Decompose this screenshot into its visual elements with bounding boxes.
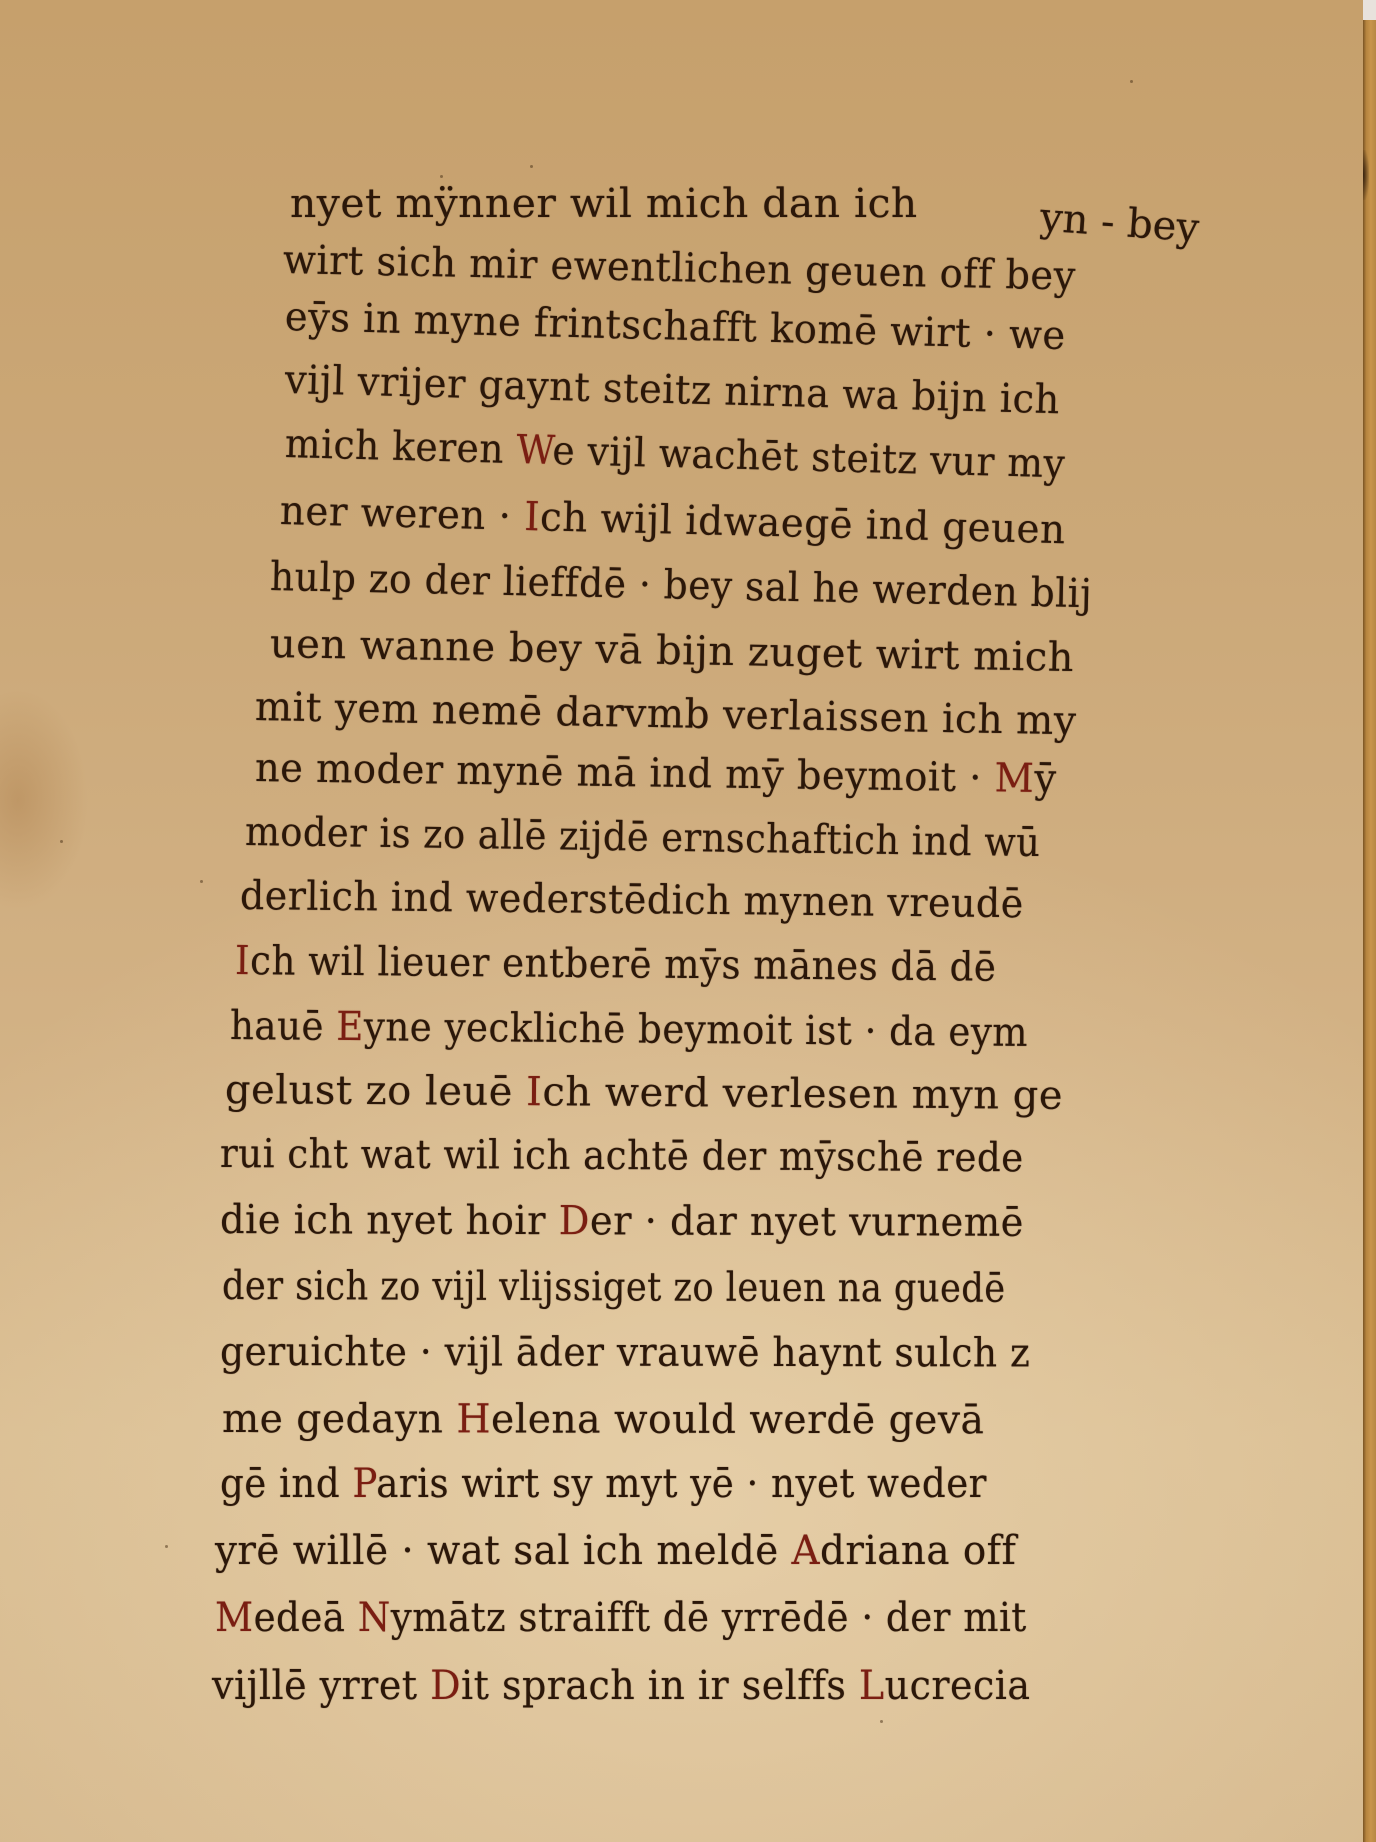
text-line-11: moder is zo allē zijdē ernschaftich ind …: [245, 808, 1041, 867]
text-line-18: der sich zo vijl vlijssiget zo leuen na …: [222, 1262, 1006, 1313]
text-line-15: gelust zo leuē Ich werd verlesen myn ge: [225, 1066, 1063, 1120]
text-line-13: Ich wil lieuer entberē mȳs mānes dā dē: [235, 937, 997, 992]
rubricated-initial: I: [526, 1069, 543, 1115]
text-line-2: wirt sich mir ewentlichen geuen off bey: [282, 236, 1076, 301]
text-line-23: Medeā Nymātz straifft dē yrrēdē · der mi…: [215, 1594, 1027, 1642]
text-line-17: die ich nyet hoir Der · dar nyet vurnemē: [220, 1196, 1024, 1247]
text-line-16: rui cht wat wil ich achtē der mȳschē red…: [220, 1130, 1024, 1182]
rubricated-initial: M: [215, 1595, 254, 1641]
text-line-14: hauē Eyne yecklichē beymoit ist · da eym: [230, 1002, 1028, 1057]
adjacent-page-edge: [1363, 20, 1376, 1842]
text-line-10: ne moder mynē mā ind mȳ beymoit · Mȳ: [255, 744, 1057, 803]
rubricated-initial: E: [336, 1004, 364, 1050]
background-gap: [1363, 0, 1376, 20]
paper-speck: [165, 1545, 168, 1548]
rubricated-initial: D: [430, 1663, 461, 1709]
paper-speck: [880, 1720, 883, 1723]
text-line-5: mich keren We vijl wachēt steitz vur my: [284, 420, 1065, 488]
text-line-6: ner weren · Ich wijl idwaegē ind geuen: [279, 487, 1066, 554]
text-line-8: uen wanne bey vā bijn zuget wirt mich: [270, 620, 1075, 682]
paper-speck: [200, 880, 203, 883]
text-line-22: yrē willē · wat sal ich meldē Adriana of…: [215, 1527, 1016, 1575]
page-edge-stain: [1363, 150, 1369, 200]
text-line-24: vijllē yrret Dit sprach in ir selffs Luc…: [212, 1662, 1030, 1710]
rubricated-initial: I: [235, 938, 251, 984]
rubricated-initial: M: [994, 755, 1034, 802]
paper-speck: [1130, 80, 1133, 83]
rubricated-initial: L: [859, 1663, 885, 1709]
text-line-21: gē ind Paris wirt sy myt yē · nyet weder: [220, 1460, 987, 1508]
rubricated-initial: I: [524, 494, 541, 540]
rubricated-initial: H: [456, 1396, 491, 1442]
text-line-3: eȳs in myne frintschafft komē wirt · we: [284, 293, 1066, 360]
text-line-9: mit yem nemē darvmb verlaissen ich my: [255, 683, 1077, 745]
rubricated-initial: D: [559, 1198, 590, 1244]
text-line-1: nyet mÿnner wil mich dan ich: [290, 180, 918, 228]
rubricated-initial: P: [352, 1461, 376, 1507]
text-line-12: derlich ind wederstēdich mynen vreudē: [240, 872, 1024, 928]
rubricated-initial: N: [358, 1595, 391, 1641]
text-line-4: vijl vrijer gaynt steitz nirna wa bijn i…: [284, 356, 1060, 424]
text-line-20: me gedayn Helena would werdē gevā: [222, 1395, 984, 1444]
rubricated-initial: A: [792, 1528, 821, 1574]
paper-speck: [530, 165, 533, 168]
line-text: nyet mÿnner wil mich dan ich: [290, 181, 918, 227]
text-line-19: geruichte · vijl āder vrauwē haynt sulch…: [220, 1328, 1030, 1377]
text-line-7: hulp zo der lieffdē · bey sal he werden …: [269, 553, 1092, 618]
rubricated-initial: W: [516, 427, 553, 474]
printed-text-block: nyet mÿnner wil mich dan ich yn - bey wi…: [0, 0, 1363, 1842]
text-line-1-tail: yn - bey: [1039, 195, 1201, 252]
paper-speck: [440, 175, 443, 178]
paper-speck: [60, 840, 63, 843]
